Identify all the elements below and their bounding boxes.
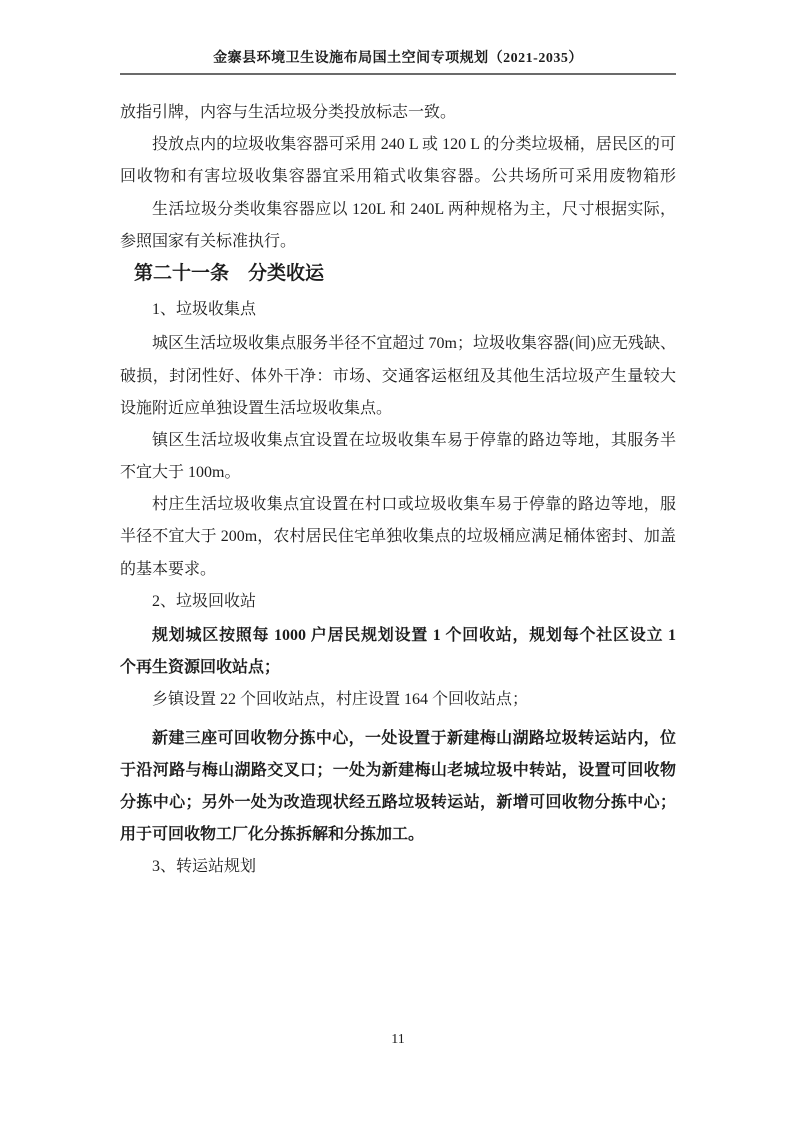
text-line: 村庄生活垃圾收集点宜设置在村口或垃圾收集车易于停靠的路边等地，服务 <box>120 489 676 521</box>
paragraph-village-collection-points: 村庄生活垃圾收集点宜设置在村口或垃圾收集车易于停靠的路边等地，服务 半径不宜大于… <box>120 489 676 586</box>
paragraph-collection-containers: 投放点内的垃圾收集容器可采用 240 L 或 120 L 的分类垃圾桶，居民区的… <box>120 129 676 193</box>
text-line: 城区生活垃圾收集点服务半径不宜超过 70m；垃圾收集容器(间)应无残缺、 <box>120 328 676 360</box>
text-line: 规划城区按照每 1000 户居民规划设置 1 个回收站，规划每个社区设立 1 <box>120 620 676 652</box>
list-item-3-transfer-station-plan: 3、转运站规划 <box>120 851 676 883</box>
paragraph-recyclable-sorting-centers: 新建三座可回收物分拣中心，一处设置于新建梅山湖路垃圾转运站内，位 于沿河路与梅山… <box>120 723 676 852</box>
text-line: 破损，封闭性好、体外干净：市场、交通客运枢纽及其他生活垃圾产生量较大的 <box>120 361 676 393</box>
page-number: 11 <box>391 1032 404 1047</box>
header-rule <box>120 73 676 75</box>
text-line: 2、垃圾回收站 <box>120 586 676 618</box>
text-line: 设施附近应单独设置生活垃圾收集点。 <box>120 393 676 425</box>
text-line: 个再生资源回收站点； <box>120 652 676 684</box>
text-line: 半径不宜大于 200m，农村居民住宅单独收集点的垃圾桶应满足桶体密封、加盖 <box>120 521 676 553</box>
page-header-title: 金寨县环境卫生设施布局国土空间专项规划（2021-2035） <box>120 50 676 68</box>
page-footer: 11 <box>120 1031 676 1049</box>
paragraph-urban-recycling-station-plan: 规划城区按照每 1000 户居民规划设置 1 个回收站，规划每个社区设立 1 个… <box>120 620 676 684</box>
text-line: 乡镇设置 22 个回收站点，村庄设置 164 个回收站点； <box>120 684 676 716</box>
text-line: 放指引牌，内容与生活垃圾分类投放标志一致。 <box>120 97 676 129</box>
text-line: 3、转运站规划 <box>120 851 676 883</box>
document-page: 金寨县环境卫生设施布局国土空间专项规划（2021-2035） 放指引牌，内容与生… <box>0 0 793 1122</box>
text-line: 镇区生活垃圾收集点宜设置在垃圾收集车易于停靠的路边等地，其服务半径 <box>120 425 676 457</box>
text-line: 于沿河路与梅山湖路交叉口；一处为新建梅山老城垃圾中转站，设置可回收物 <box>120 755 676 787</box>
text-line: 回收物和有害垃圾收集容器宜采用箱式收集容器。公共场所可采用废物箱形式。 <box>120 161 676 193</box>
text-line: 用于可回收物工厂化分拣拆解和分拣加工。 <box>120 819 676 851</box>
paragraph-urban-collection-points: 城区生活垃圾收集点服务半径不宜超过 70m；垃圾收集容器(间)应无残缺、 破损，… <box>120 328 676 425</box>
text-line: 生活垃圾分类收集容器应以 120L 和 240L 两种规格为主，尺寸根据实际， <box>120 194 676 226</box>
text-line: 投放点内的垃圾收集容器可采用 240 L 或 120 L 的分类垃圾桶，居民区的… <box>120 129 676 161</box>
text-line: 不宜大于 100m。 <box>120 457 676 489</box>
document-body: 放指引牌，内容与生活垃圾分类投放标志一致。 投放点内的垃圾收集容器可采用 240… <box>120 97 676 884</box>
paragraph-container-specs: 生活垃圾分类收集容器应以 120L 和 240L 两种规格为主，尺寸根据实际， … <box>120 194 676 258</box>
paragraph-signage-continuation: 放指引牌，内容与生活垃圾分类投放标志一致。 <box>120 97 676 129</box>
heading-article-21-classified-collection: 第二十一条 分类收运 <box>120 258 676 290</box>
page-header: 金寨县环境卫生设施布局国土空间专项规划（2021-2035） <box>120 50 676 75</box>
heading-text: 第二十一条 分类收运 <box>134 258 676 290</box>
paragraph-town-collection-points: 镇区生活垃圾收集点宜设置在垃圾收集车易于停靠的路边等地，其服务半径 不宜大于 1… <box>120 425 676 489</box>
text-line: 的基本要求。 <box>120 554 676 586</box>
text-line: 参照国家有关标准执行。 <box>120 226 676 258</box>
list-item-2-garbage-recycling-stations: 2、垃圾回收站 <box>120 586 676 618</box>
paragraph-township-village-station-counts: 乡镇设置 22 个回收站点，村庄设置 164 个回收站点； <box>120 684 676 716</box>
text-line: 分拣中心；另外一处为改造现状经五路垃圾转运站，新增可回收物分拣中心； <box>120 787 676 819</box>
text-line: 新建三座可回收物分拣中心，一处设置于新建梅山湖路垃圾转运站内，位 <box>120 723 676 755</box>
text-line: 1、垃圾收集点 <box>120 294 676 326</box>
list-item-1-garbage-collection-points: 1、垃圾收集点 <box>120 294 676 326</box>
